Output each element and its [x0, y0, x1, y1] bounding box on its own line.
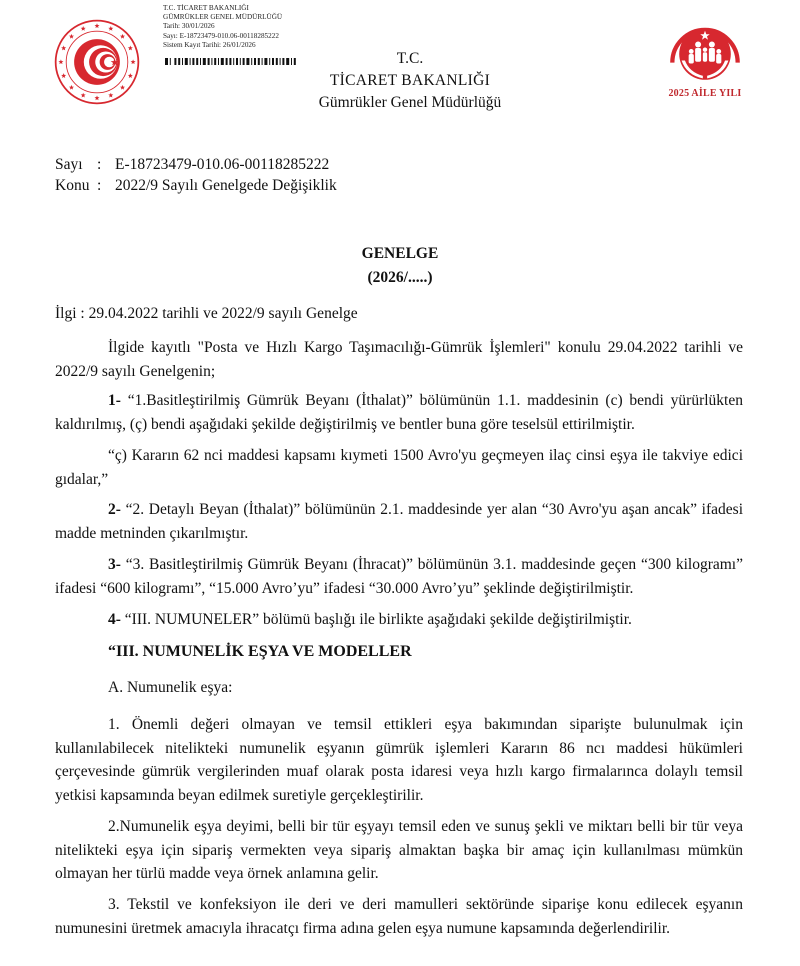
quoted-clause: “ç) Kararın 62 nci maddesi kapsamı kıyme…: [55, 444, 743, 491]
sub-item-2: 2.Numunelik eşya deyimi, belli bir tür e…: [55, 815, 743, 886]
document-number: (2026/.....): [200, 269, 600, 287]
article-text: “3. Basitleştirilmiş Gümrük Beyanı (İhra…: [55, 556, 743, 597]
intro-paragraph: İlgide kayıtlı "Posta ve Hızlı Kargo Taş…: [55, 336, 743, 383]
document-title: GENELGE: [200, 245, 600, 263]
stamp-line: Sayı: E-18723479-010.06-00118285222: [163, 32, 282, 41]
stamp-line: GÜMRÜKLER GENEL MÜDÜRLÜĞÜ: [163, 13, 282, 22]
sayi-value: E-18723479-010.06-00118285222: [115, 156, 329, 173]
sub-item-3: 3. Tekstil ve konfeksiyon ile deri ve de…: [55, 893, 743, 940]
stamp-line: Sistem Kayıt Tarihi: 26/01/2026: [163, 41, 282, 50]
section-heading: “III. NUMUNELİK EŞYA VE MODELLER: [108, 643, 412, 661]
article-number: 3-: [108, 556, 121, 573]
document-stamp: T.C. TİCARET BAKANLIĞI GÜMRÜKLER GENEL M…: [163, 4, 282, 50]
family-year-logo-icon: [662, 14, 748, 94]
sub-item-1: 1. Önemli değeri olmayan ve temsil ettik…: [55, 713, 743, 807]
stamp-line: Tarih: 30/01/2026: [163, 22, 282, 31]
subsection-heading: A. Numunelik eşya:: [108, 679, 232, 697]
article-1: 1- “1.Basitleştirilmiş Gümrük Beyanı (İt…: [55, 389, 743, 436]
article-text: “III. NUMUNELER” bölümü başlığı ile birl…: [121, 611, 632, 628]
reference-line: İlgi : 29.04.2022 tarihli ve 2022/9 sayı…: [55, 302, 743, 326]
article-text: “ç) Kararın 62 nci maddesi kapsamı kıyme…: [55, 447, 743, 488]
article-number: 2-: [108, 501, 121, 518]
konu-value: 2022/9 Sayılı Genelgede Değişiklik: [115, 177, 337, 194]
konu-label: Konu: [55, 177, 97, 195]
article-text: “1.Basitleştirilmiş Gümrük Beyanı (İthal…: [55, 392, 743, 433]
article-number: 1-: [108, 392, 121, 409]
separator: :: [97, 156, 115, 174]
header-tc: T.C.: [260, 50, 560, 68]
separator: :: [97, 177, 115, 195]
meta-konu: Konu:2022/9 Sayılı Genelgede Değişiklik: [55, 177, 337, 195]
stamp-line: T.C. TİCARET BAKANLIĞI: [163, 4, 282, 13]
meta-sayi: Sayı:E-18723479-010.06-00118285222: [55, 156, 329, 174]
article-4: 4- “III. NUMUNELER” bölümü başlığı ile b…: [55, 608, 743, 632]
header-directorate: Gümrükler Genel Müdürlüğü: [260, 94, 560, 112]
family-year-label: 2025 AİLE YILI: [650, 88, 760, 99]
article-2: 2- “2. Detaylı Beyan (İthalat)” bölümünü…: [55, 498, 743, 545]
header-ministry: TİCARET BAKANLIĞI: [260, 72, 560, 90]
ministry-emblem-icon: [53, 18, 141, 106]
article-number: 4-: [108, 611, 121, 628]
article-3: 3- “3. Basitleştirilmiş Gümrük Beyanı (İ…: [55, 553, 743, 600]
sayi-label: Sayı: [55, 156, 97, 174]
article-text: “2. Detaylı Beyan (İthalat)” bölümünün 2…: [55, 501, 743, 542]
